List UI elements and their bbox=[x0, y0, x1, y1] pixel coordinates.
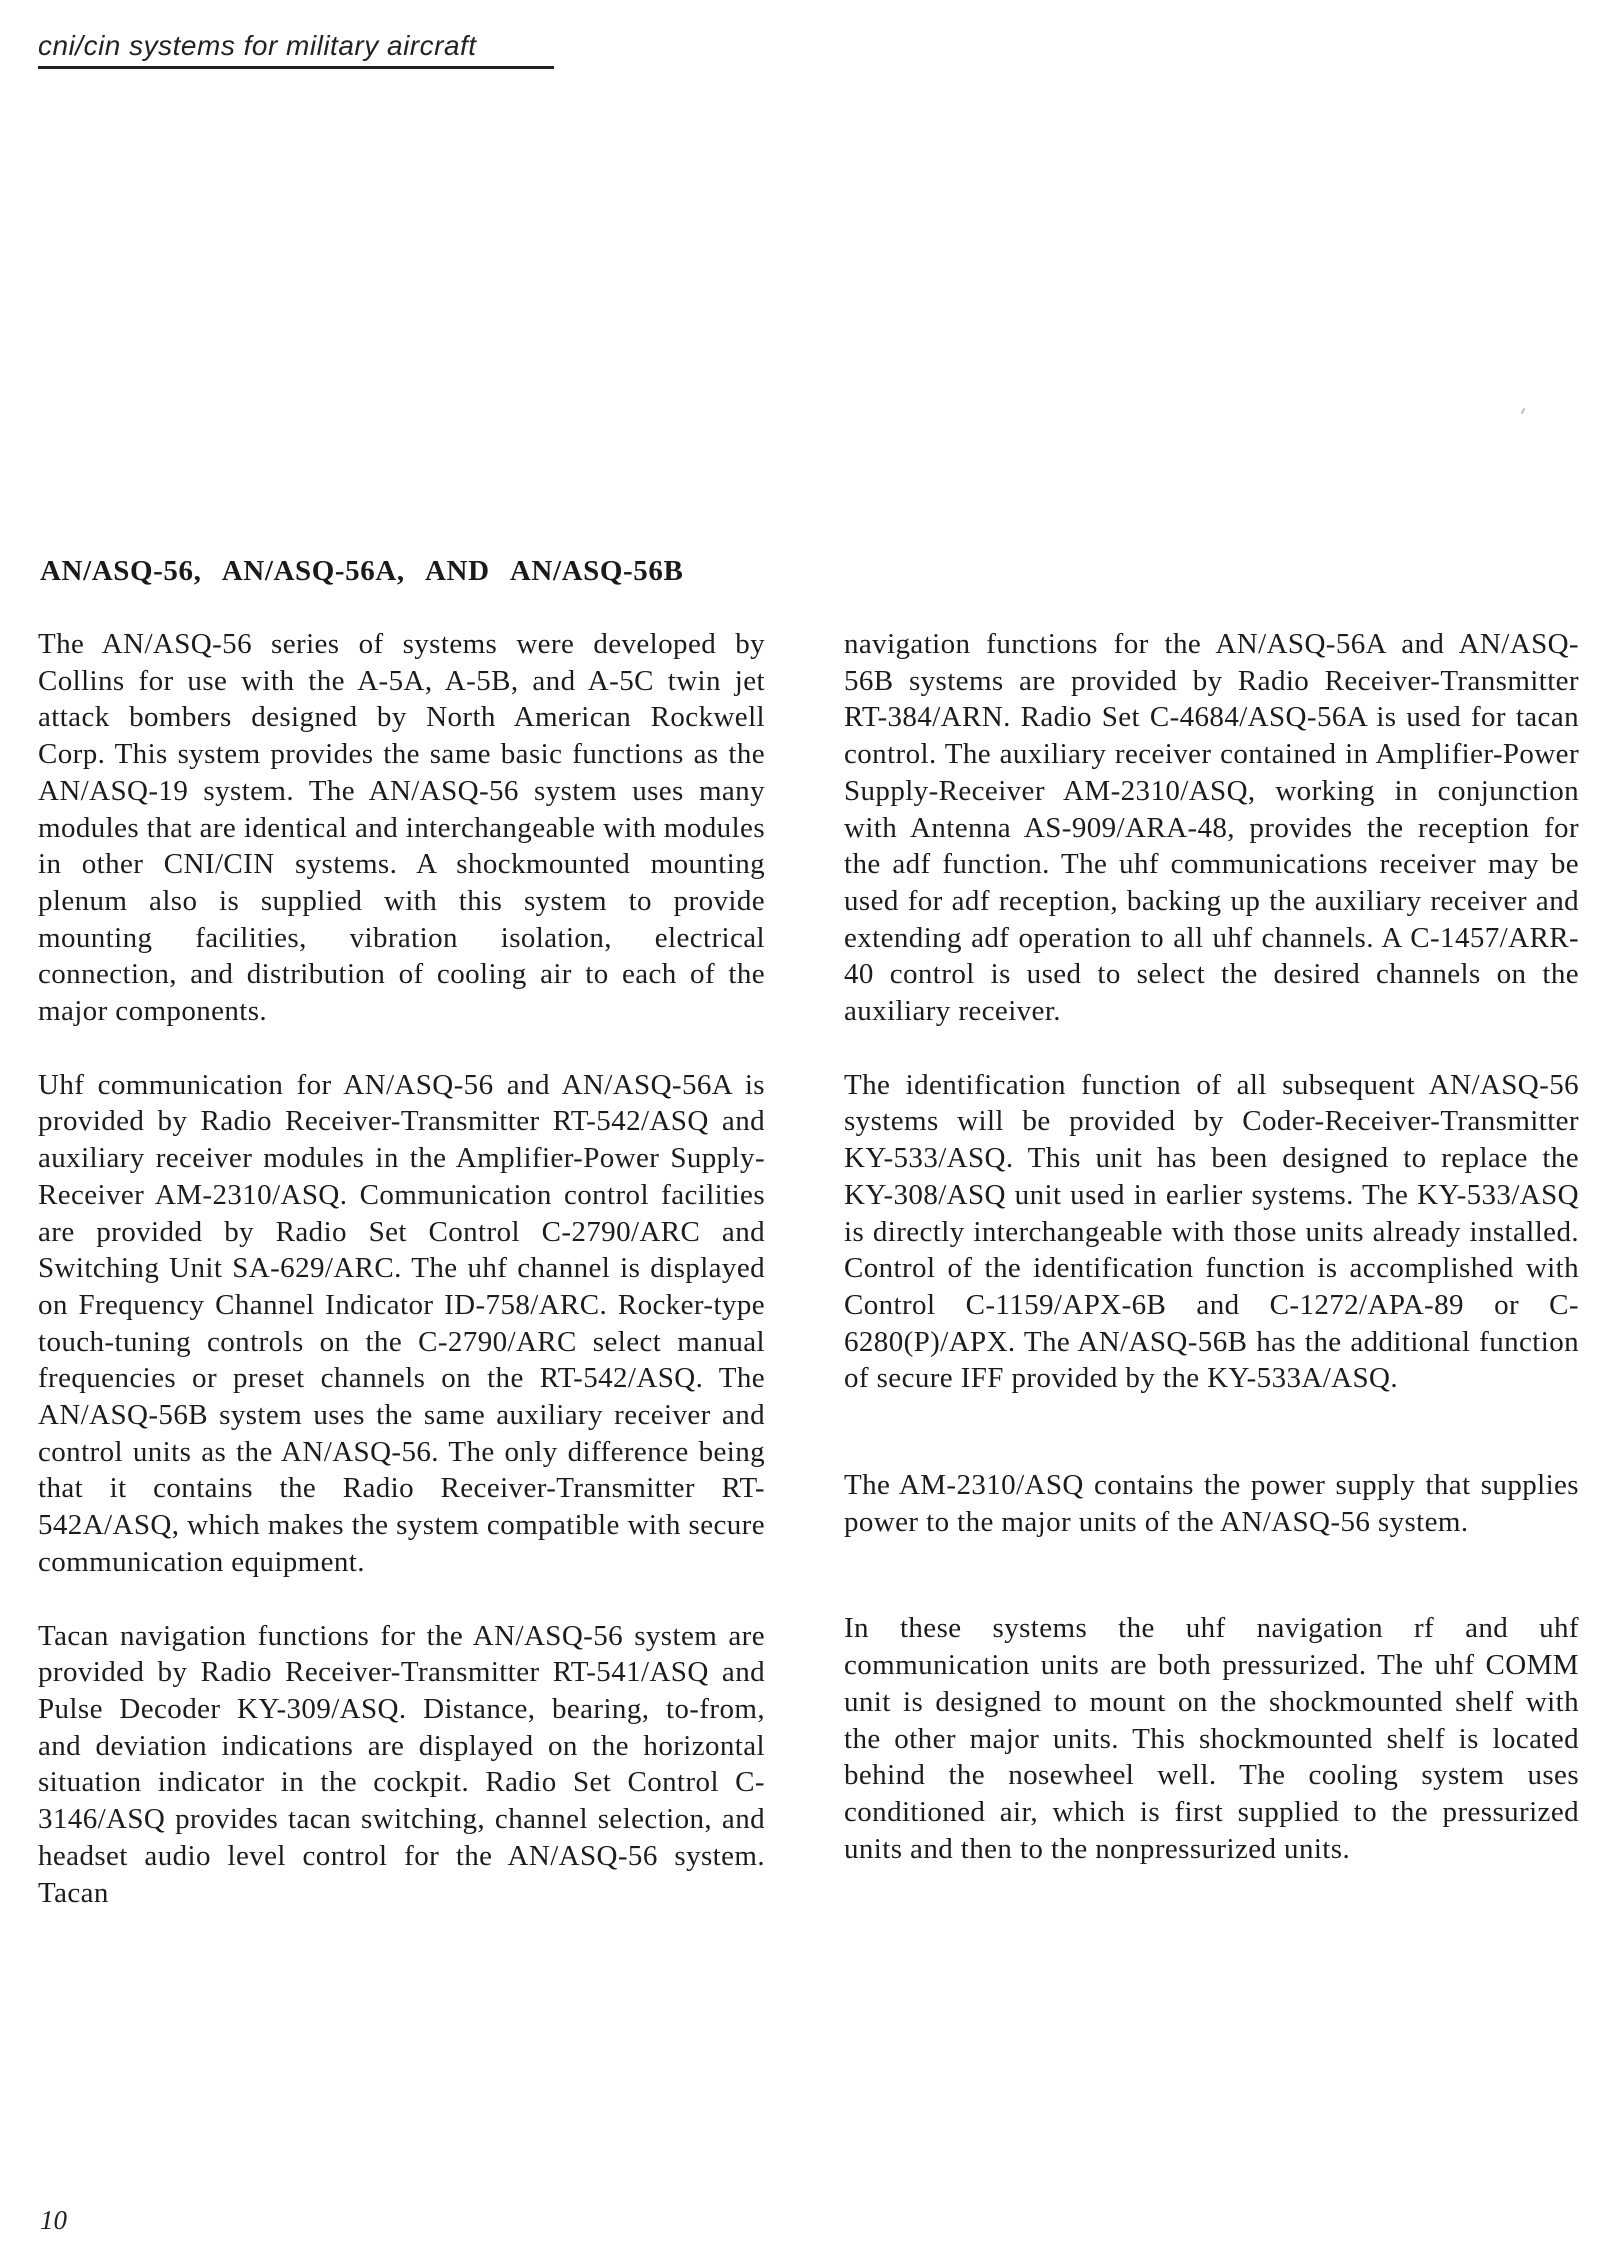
paragraph-identification: The identification function of all subse… bbox=[844, 1067, 1579, 1397]
running-head: cni/cin systems for military aircraft bbox=[38, 30, 554, 69]
paragraph-pressurization: In these systems the uhf navigation rf a… bbox=[844, 1610, 1579, 1867]
left-column: The AN/ASQ-56 series of systems were dev… bbox=[38, 626, 765, 1911]
section-title: AN/ASQ-56, AN/ASQ-56A, AND AN/ASQ-56B bbox=[40, 555, 683, 588]
paragraph-tacan-navigation: Tacan navigation functions for the AN/AS… bbox=[38, 1618, 765, 1912]
paragraph-system-overview: The AN/ASQ-56 series of systems were dev… bbox=[38, 626, 765, 1030]
paragraph-power-supply: The AM-2310/ASQ contains the power suppl… bbox=[844, 1467, 1579, 1540]
right-column: navigation functions for the AN/ASQ-56A … bbox=[844, 626, 1579, 1867]
paragraph-tacan-continued: navigation functions for the AN/ASQ-56A … bbox=[844, 626, 1579, 1030]
paragraph-uhf-communication: Uhf communication for AN/ASQ-56 and AN/A… bbox=[38, 1067, 765, 1581]
scan-speck bbox=[1521, 408, 1526, 414]
page-number: 10 bbox=[40, 2205, 67, 2236]
